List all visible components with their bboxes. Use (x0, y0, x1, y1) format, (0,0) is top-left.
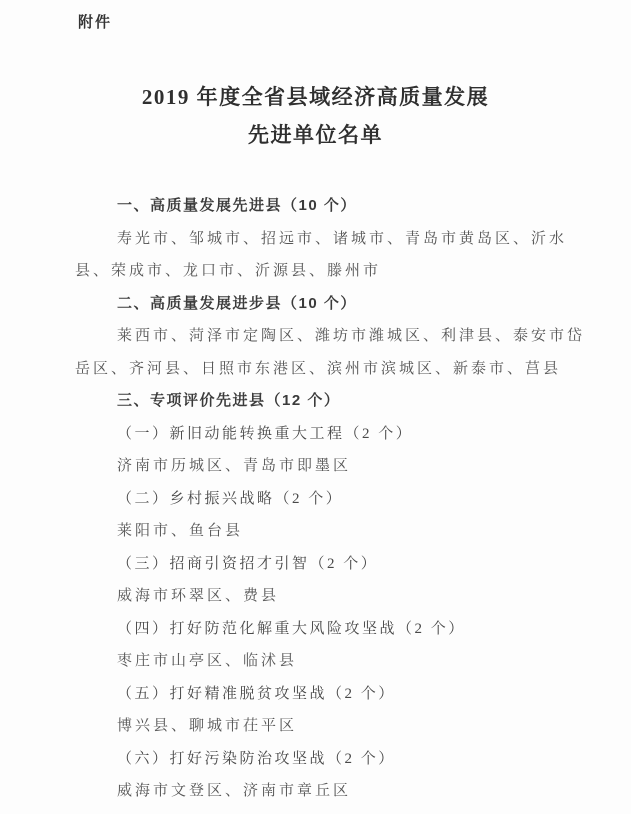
subsection-6-list-line: 威海市文登区、济南市章丘区 (75, 775, 557, 808)
subsection-2-heading: （二）乡村振兴战略（2 个） (75, 483, 557, 516)
subsection-6-heading: （六）打好污染防治攻坚战（2 个） (75, 743, 557, 776)
section-1-heading: 一、高质量发展先进县（10 个） (75, 190, 557, 223)
document-title-line-1: 2019 年度全省县域经济高质量发展 (0, 83, 631, 111)
document-title-line-2: 先进单位名单 (0, 121, 631, 149)
section-2-list-line-1: 莱西市、菏泽市定陶区、潍坊市潍城区、利津县、泰安市岱 (75, 320, 557, 353)
document-body: 一、高质量发展先进县（10 个） 寿光市、邹城市、招远市、诸城市、青岛市黄岛区、… (0, 190, 631, 808)
subsection-2-list-line: 莱阳市、鱼台县 (75, 515, 557, 548)
subsection-3-heading: （三）招商引资招才引智（2 个） (75, 548, 557, 581)
subsection-4-heading: （四）打好防范化解重大风险攻坚战（2 个） (75, 613, 557, 646)
subsection-4-list-line: 枣庄市山亭区、临沭县 (75, 645, 557, 678)
section-1-list-line-2: 县、荣成市、龙口市、沂源县、滕州市 (75, 255, 557, 288)
subsection-5-heading: （五）打好精准脱贫攻坚战（2 个） (75, 678, 557, 711)
subsection-3-list-line: 威海市环翠区、费县 (75, 580, 557, 613)
document-page: 附件 2019 年度全省县域经济高质量发展 先进单位名单 一、高质量发展先进县（… (0, 0, 631, 814)
section-1-list-line-1: 寿光市、邹城市、招远市、诸城市、青岛市黄岛区、沂水 (75, 223, 557, 256)
subsection-5-list-line: 博兴县、聊城市茌平区 (75, 710, 557, 743)
document-title: 2019 年度全省县域经济高质量发展 先进单位名单 (0, 83, 631, 149)
section-2-heading: 二、高质量发展进步县（10 个） (75, 288, 557, 321)
section-3-heading: 三、专项评价先进县（12 个） (75, 385, 557, 418)
attachment-label: 附件 (78, 0, 631, 33)
subsection-1-heading: （一）新旧动能转换重大工程（2 个） (75, 418, 557, 451)
section-2-list-line-2: 岳区、齐河县、日照市东港区、滨州市滨城区、新泰市、莒县 (75, 353, 557, 386)
subsection-1-list-line: 济南市历城区、青岛市即墨区 (75, 450, 557, 483)
